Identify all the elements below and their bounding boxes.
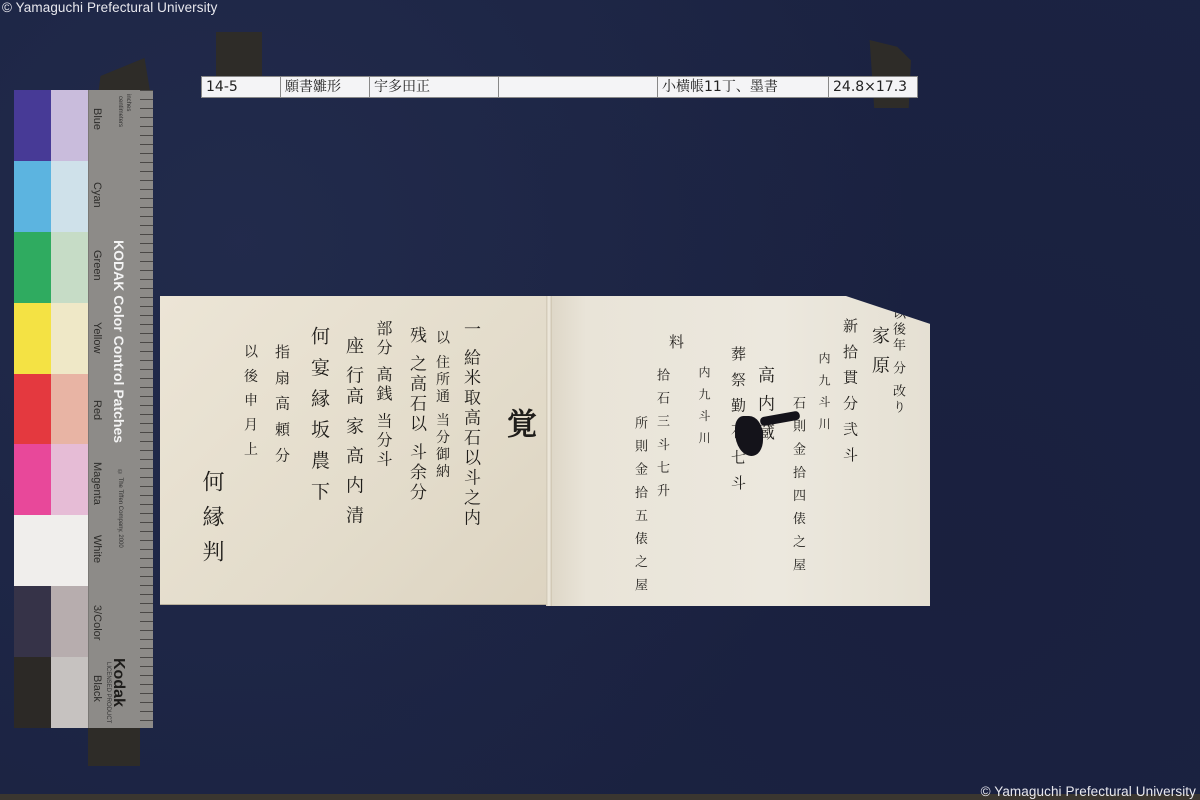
right-col-5: 石 則 金 拾 四 俵 之 屋: [788, 396, 807, 574]
patch-3color: [14, 586, 88, 657]
right-col-11: 所 則 金 拾 五 俵 之 屋: [630, 416, 649, 594]
left-col-8: 以 後 申 月 上: [240, 344, 260, 459]
left-col-9-signature: 何 縁 判: [196, 470, 227, 565]
patch-yellow: [14, 303, 88, 374]
label-number: 14-5: [202, 77, 281, 97]
ruler-label-cyan: Cyan: [91, 182, 103, 208]
left-col-4: 部分 高銭 当分斗: [372, 320, 395, 469]
label-size: 24.8×17.3: [829, 77, 917, 97]
left-col-1: 一 給米取高石以斗之内: [458, 320, 483, 528]
copyright-top: © Yamaguchi Prefectural University: [2, 0, 217, 15]
ruler-label-red: Red: [91, 400, 103, 420]
left-col-5: 座 行高 家 高 内 清: [340, 336, 366, 527]
ruler-label-3color: 3/Color: [91, 605, 103, 640]
label-format: 小横帳11丁、墨書: [658, 77, 829, 97]
copyright-bottom: © Yamaguchi Prefectural University: [981, 784, 1196, 799]
patch-green: [14, 232, 88, 303]
right-col-4: 内 九 斗 川: [816, 352, 833, 432]
document-right-page: 以後年 分 改り 家 原 新 拾 貫 分 弐 斗 内 九 斗 川 石 則 金 拾…: [548, 296, 930, 606]
right-col-2: 家 原: [866, 326, 892, 377]
ruler-unit-cm: centimeters: [117, 96, 123, 127]
ruler-label-green: Green: [91, 250, 103, 281]
ruler-unit-inches: inches: [125, 94, 131, 111]
patch-white: [14, 515, 88, 586]
ruler-label-black: Black: [91, 675, 103, 702]
ruler-brand-title: KODAK Color Control Patches: [111, 240, 127, 443]
ruler-copyright: © The Tiffen Company, 2000: [117, 470, 123, 548]
catalog-label: 14-5 願書雛形 宇多田正 小横帳11丁、墨書 24.8×17.3: [201, 76, 918, 98]
kodak-ruler: Blue Cyan Green Yellow Red Magenta White…: [88, 90, 153, 728]
color-control-patches: [14, 90, 88, 728]
document-fold: [546, 296, 552, 606]
label-blank: [499, 77, 658, 97]
ruler-label-blue: Blue: [91, 108, 103, 130]
historical-document: 覚 一 給米取高石以斗之内 以 住所通 当分御納 残 之高石以 斗余分 部分 高…: [160, 296, 930, 606]
right-col-9: 料: [666, 334, 687, 352]
document-left-page: 覚 一 給米取高石以斗之内 以 住所通 当分御納 残 之高石以 斗余分 部分 高…: [160, 296, 548, 604]
left-col-7: 指 扇 高 頼 分: [272, 344, 293, 465]
tape-top-label: [216, 32, 262, 78]
label-author: 宇多田正: [370, 77, 499, 97]
ruler-label-yellow: Yellow: [91, 322, 103, 353]
patch-cyan: [14, 161, 88, 232]
ruler-label-magenta: Magenta: [91, 462, 103, 505]
right-col-3: 新 拾 貫 分 弐 斗: [840, 318, 861, 465]
ruler-label-white: White: [91, 535, 103, 563]
left-col-2: 以 住所通 当分御納: [432, 330, 452, 481]
kodak-logo: Kodak: [109, 658, 127, 707]
patch-magenta: [14, 444, 88, 515]
label-title: 願書雛形: [281, 77, 370, 97]
right-col-10: 拾 石 三 斗 七 升: [652, 368, 671, 500]
ruler-licensed: LICENSED PRODUCT: [105, 662, 111, 723]
patch-blue: [14, 90, 88, 161]
patch-red: [14, 374, 88, 445]
right-col-8: 内 九 斗 川: [696, 366, 713, 446]
patch-black: [14, 657, 88, 728]
left-col-6: 何 宴 縁 坂 農 下: [306, 326, 333, 503]
document-heading: 覚: [496, 408, 540, 441]
ruler-ticks: [131, 90, 153, 728]
left-col-3: 残 之高石以 斗余分: [404, 326, 429, 503]
